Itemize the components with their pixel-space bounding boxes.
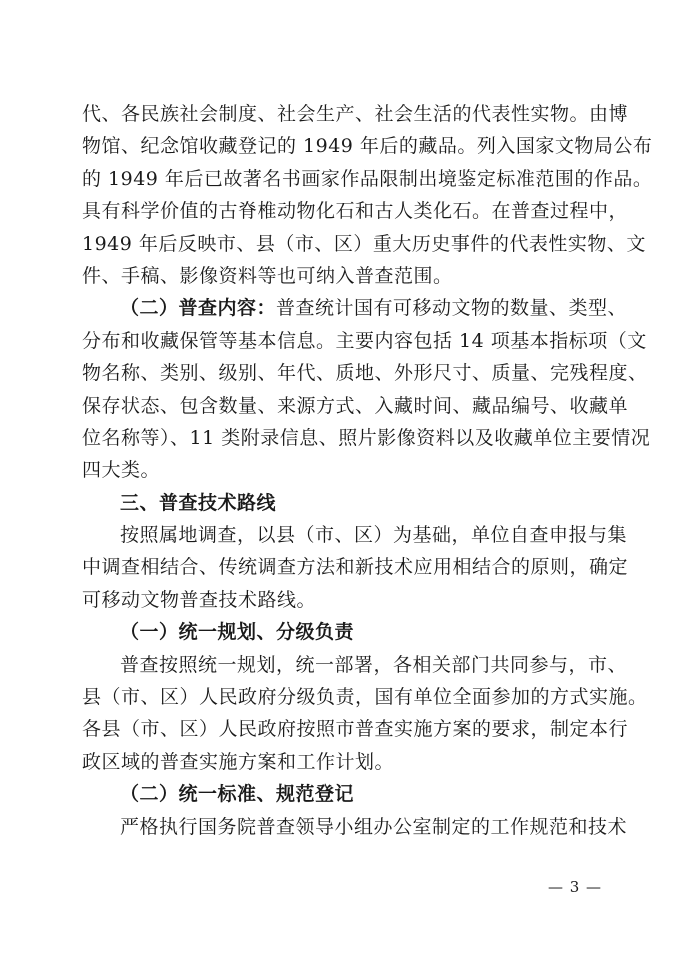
text-line: 代、各民族社会制度、社会生产、社会生活的代表性实物。由博	[82, 98, 598, 130]
text-line: 保存状态、包含数量、来源方式、入藏时间、藏品编号、收藏单	[82, 390, 598, 422]
text-line: 政区域的普查实施方案和工作计划。	[82, 746, 598, 778]
subsection-heading: （二）统一标准、规范登记	[82, 778, 598, 810]
text-line: 县（市、区）人民政府分级负责，国有单位全面参加的方式实施。	[82, 681, 598, 713]
text-line: 1949 年后反映市、县（市、区）重大历史事件的代表性实物、文	[82, 228, 598, 260]
text-line: 四大类。	[82, 454, 598, 486]
paragraph-start-line: 按照属地调查，以县（市、区）为基础，单位自查申报与集	[82, 519, 598, 551]
paragraph-start-line: 普查按照统一规划，统一部署，各相关部门共同参与，市、	[82, 649, 598, 681]
text-line: 物馆、纪念馆收藏登记的 1949 年后的藏品。列入国家文物局公布	[82, 130, 598, 162]
paragraph-start-line: （二）普查内容：普查统计国有可移动文物的数量、类型、	[82, 292, 598, 324]
section-heading: 三、普查技术路线	[82, 487, 598, 519]
text-span: 普查统计国有可移动文物的数量、类型、	[276, 297, 627, 319]
subsection-heading: （一）统一规划、分级负责	[82, 616, 598, 648]
text-line: 具有科学价值的古脊椎动物化石和古人类化石。在普查过程中，	[82, 195, 598, 227]
text-line: 的 1949 年后已故著名书画家作品限制出境鉴定标准范围的作品。	[82, 163, 598, 195]
text-line: 分布和收藏保管等基本信息。主要内容包括 14 项基本指标项（文	[82, 325, 598, 357]
subsection-label: （二）普查内容：	[120, 297, 276, 319]
text-line: 可移动文物普查技术路线。	[82, 584, 598, 616]
text-line: 中调查相结合、传统调查方法和新技术应用相结合的原则，确定	[82, 551, 598, 583]
text-line: 件、手稿、影像资料等也可纳入普查范围。	[82, 260, 598, 292]
paragraph-start-line: 严格执行国务院普查领导小组办公室制定的工作规范和技术	[82, 811, 598, 843]
document-body: 代、各民族社会制度、社会生产、社会生活的代表性实物。由博 物馆、纪念馆收藏登记的…	[82, 98, 598, 843]
page-number: — 3 —	[540, 878, 610, 896]
text-line: 各县（市、区）人民政府按照市普查实施方案的要求，制定本行	[82, 713, 598, 745]
text-line: 位名称等）、11 类附录信息、照片影像资料以及收藏单位主要情况	[82, 422, 598, 454]
text-line: 物名称、类别、级别、年代、质地、外形尺寸、质量、完残程度、	[82, 357, 598, 389]
